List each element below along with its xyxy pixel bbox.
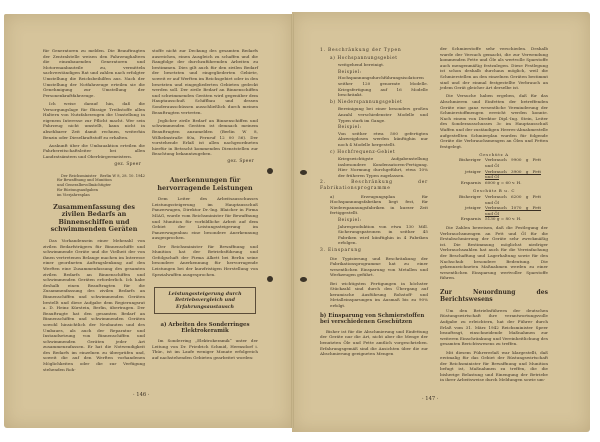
list-subheading: a) Hochspannungsgebiet [330,56,428,62]
table-row: Bisheriger Verbrauch 6200 g Fett und Öl [440,194,548,205]
paragraph: Im Sonderring „Elektrokeramik“ unter der… [152,338,258,360]
table-row: Ersparnis 6000 g = 60 v. H. [440,180,548,186]
section-heading: Zusammenfassung des zivilen Bedarfs an B… [43,204,145,234]
table-row: Ersparnis 5130 g = 80 v. H. [440,216,548,222]
list-subheading: b) Niederspannungsgebiet [330,100,428,106]
list-item: a) Hochspannungsgebiet weitgehend berein… [320,56,428,98]
paragraph: Ich weise darauf hin, daß die Versorgung… [43,101,145,140]
list-body: weitgehend bereinigt. [330,62,428,68]
paragraph: Die Typisierung und Beschränkung der Fab… [330,256,428,278]
subsection-heading: a) Arbeiten des Sonderringes Elektrokera… [152,322,258,335]
paragraph: stoffe nicht zur Deckung des gesamten Be… [152,48,258,115]
table-row: Bisheriger Verbrauch 9900 g Fett und Öl [440,157,548,168]
example-text: Jahresproduktion von etwa 130 Mill. Sich… [330,224,428,246]
signature: gez. Speer [152,159,254,165]
paragraph: Der Reichsminister für Bewaffnung und Mu… [152,244,258,278]
punch-hole-icon [300,170,307,175]
book-gutter [291,14,294,428]
consumption-table: Geschütz A Bisheriger Verbrauch 9900 g F… [440,152,548,186]
example-label: Beispiel: [338,124,428,130]
example-text: Von seither etwa 500 gefertigten Abzweig… [330,131,428,148]
list-heading: 1. Beschränkung der Typen [320,48,428,54]
list-item: b) Niederspannungsgebiet Bereinigung bei… [320,100,428,148]
list-heading: 3. Einsparung [320,248,428,254]
list-item: c) Hochfrequenz-Gebiet Kriegswichtigste … [320,150,428,179]
example-text: Hochspannungsdurchführungsisolatoren sei… [330,75,428,97]
table-row: jetziger Verbrauch 1070 g Fett und Öl [440,205,548,216]
paragraph: Auskunft über die Umbauaktion erteilen d… [43,143,145,160]
list-item: a) Erzeugungsplan für Hochspannungsfabri… [320,194,428,246]
paragraph: Die Versuche haben ergeben, daß für das … [440,93,548,149]
paragraph: Bei wichtigsten Fertigungen in höchster … [330,281,428,309]
paragraph: Das Vorhandensein einer Mehrzahl von ziv… [43,238,145,372]
example-label: Beispiel: [338,69,428,75]
paragraph: für Generatoren zu melden. Die Beauftrag… [43,48,145,98]
list-body: a) Erzeugungsplan für Hochspannungsfabri… [330,194,428,216]
table-row: jetziger Verbrauch 3900 g Fett und Öl [440,169,548,180]
paragraph: Jeglicher zivile Bedarf an Binnenschiffe… [152,118,258,157]
consumption-table: Geschütz B u. C Bisheriger Verbrauch 620… [440,188,548,222]
right-page-column-1: 1. Beschränkung der Typen a) Hochspannun… [320,46,428,359]
list-heading: 2. Beschränkung der Fabrikationsprogramm… [320,180,428,191]
ministry-header: Der Reichsminister Berlin W 8, 28. 10. 1… [43,174,145,198]
section-heading: Anerkennungen für hervorragende Leistung… [152,177,258,192]
boxed-section-title: Leistungssteigerung durch Betriebsvergle… [154,287,256,314]
list-subheading: c) Hochfrequenz-Gebiet [330,150,428,156]
list-item: Die Typisierung und Beschränkung der Fab… [320,256,428,309]
section-heading: Zur Neuordnung des Berichtswesens [440,289,548,304]
left-page-column-2: stoffe nicht zur Deckung des gesamten Be… [152,48,258,363]
paragraph: Die Zahlen beweisen, daß die Festlegung … [440,225,548,281]
paragraph: Um den Betriebsführern der deutschen Rüs… [440,308,548,347]
list-body: Kriegswichtigste Aufgabenstellung insbes… [330,156,428,178]
paragraph: Bisher ist für die Abschmierung und Einf… [320,329,428,357]
page-number: · 146 · [133,392,150,398]
paragraph: Dem Leiter des Arbeitsausschusses Leistu… [152,196,258,241]
punch-hole-icon [267,168,273,174]
signature: gez. Speer [43,162,141,168]
punch-hole-icon [267,276,273,282]
paragraph: Mit diesem Führererlaß war klargestellt,… [440,350,548,384]
left-page-column-1: für Generatoren zu melden. Die Beauftrag… [43,48,145,375]
page-number: · 147 · [422,396,439,402]
right-page-column-2: der Schmierstoffe sehr verschieden. Desh… [440,46,548,386]
ministry-line: im Vierjahresplan [43,193,145,198]
subsection-heading: b) Einsparung von Schmierstoffen bei ver… [320,313,428,326]
punch-hole-icon [300,277,307,282]
list-body: Bereinigung bei einer besonders großen A… [330,106,428,123]
example-label: Beispiel: [338,217,428,223]
paragraph: der Schmierstoffe sehr verschieden. Desh… [440,46,548,91]
